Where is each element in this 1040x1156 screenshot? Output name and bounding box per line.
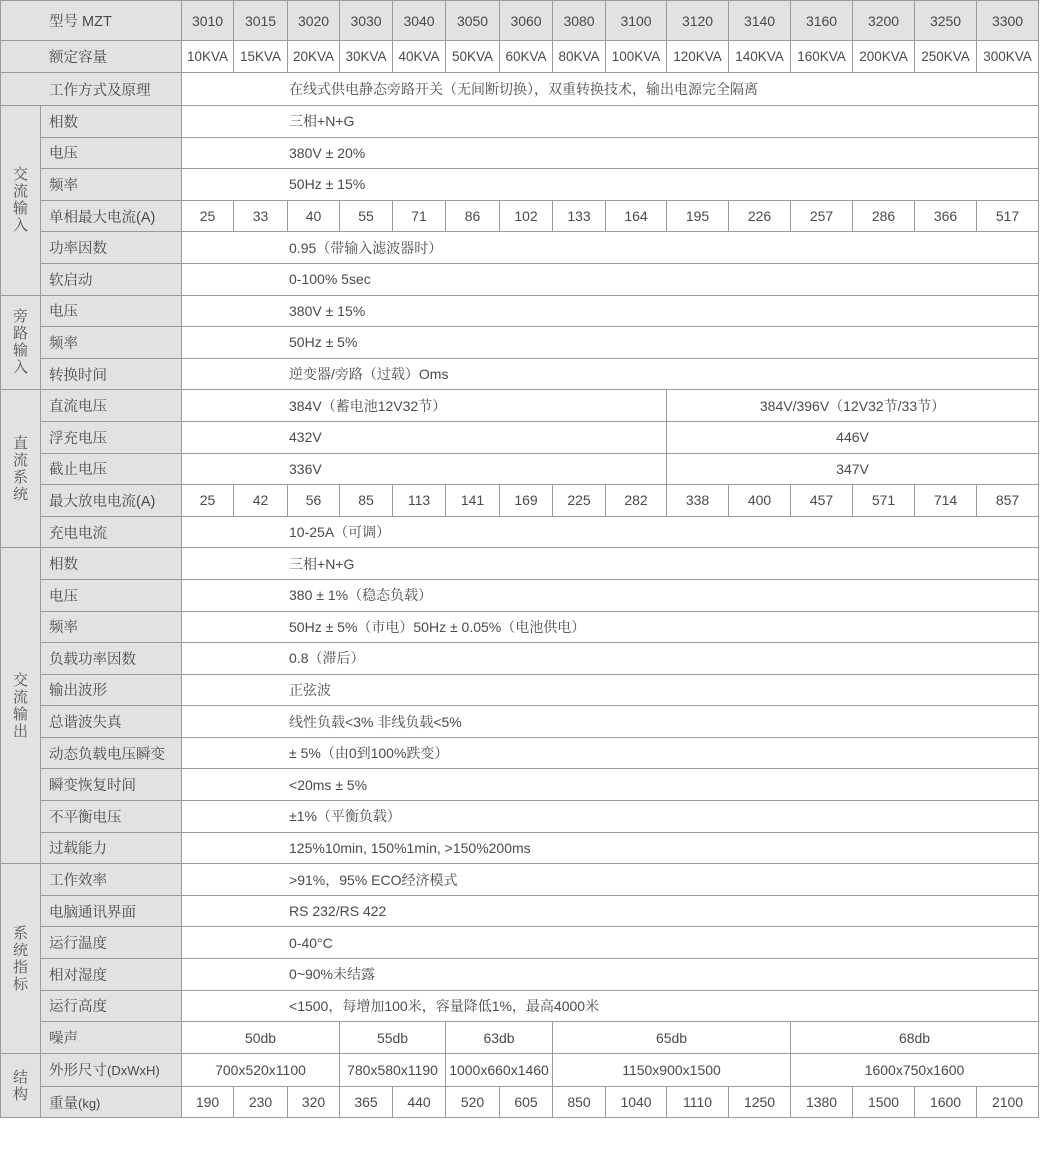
discharge-cell: 400: [729, 485, 791, 517]
capacity-cell: 15KVA: [234, 41, 288, 73]
row-value: 三相+N+G: [182, 548, 1039, 580]
ac-output-row: 电压 380 ± 1%（稳态负载）: [1, 579, 1039, 611]
dimensions-row: 结构 外形尺寸(DxWxH) 700x520x1100 780x580x1190…: [1, 1053, 1039, 1086]
row-label: 相数: [41, 548, 182, 580]
row-value: 0.95（带输入滤波器时）: [182, 232, 1039, 264]
discharge-cell: 338: [667, 485, 729, 517]
dimension-cell: 1000x660x1460: [446, 1053, 553, 1086]
model-header-row: 型号 MZT 3010 3015 3020 3030 3040 3050 306…: [1, 1, 1039, 41]
group-system: 系统指标: [1, 864, 41, 1054]
row-value-low: 336V: [182, 453, 667, 485]
row-label: 动态负载电压瞬变: [41, 737, 182, 769]
capacity-cell: 200KVA: [853, 41, 915, 73]
dimension-cell: 700x520x1100: [182, 1053, 340, 1086]
row-label: 转换时间: [41, 358, 182, 390]
current-cell: 286: [853, 200, 915, 232]
dimension-cell: 1150x900x1500: [553, 1053, 791, 1086]
model-cell: 3300: [977, 1, 1039, 41]
row-label: 输出波形: [41, 674, 182, 706]
group-bypass-input: 旁路输入: [1, 295, 41, 390]
model-cell: 3120: [667, 1, 729, 41]
ac-input-phase-row: 交流输入 相数 三相+N+G: [1, 106, 1039, 138]
weight-row: 重量(kg) 190 230 320 365 440 520 605 850 1…: [1, 1086, 1039, 1118]
group-ac-output: 交流输出: [1, 548, 41, 864]
discharge-cell: 225: [553, 485, 606, 517]
weight-cell: 1380: [791, 1086, 853, 1118]
weight-cell: 1500: [853, 1086, 915, 1118]
row-value: <1500，每增加100米，容量降低1%，最高4000米: [182, 990, 1039, 1022]
discharge-cell: 56: [288, 485, 340, 517]
model-cell: 3050: [446, 1, 500, 41]
row-label: 相数: [41, 106, 182, 138]
bypass-frequency-row: 频率 50Hz ± 5%: [1, 327, 1039, 359]
discharge-cell: 85: [340, 485, 393, 517]
max-discharge-row: 最大放电电流(A) 25 42 56 85 113 141 169 225 28…: [1, 485, 1039, 517]
row-label: 外形尺寸(DxWxH): [41, 1053, 182, 1086]
discharge-cell: 857: [977, 485, 1039, 517]
row-value-high: 347V: [667, 453, 1039, 485]
current-cell: 33: [234, 200, 288, 232]
capacity-cell: 10KVA: [182, 41, 234, 73]
noise-cell: 55db: [340, 1022, 446, 1054]
row-value: <20ms ± 5%: [182, 769, 1039, 801]
row-label: 频率: [41, 169, 182, 201]
row-value: 380V ± 15%: [182, 295, 1039, 327]
system-row: 运行高度 <1500，每增加100米，容量降低1%，最高4000米: [1, 990, 1039, 1022]
row-value: ±1%（平衡负载）: [182, 801, 1039, 833]
ups-spec-table: 型号 MZT 3010 3015 3020 3030 3040 3050 306…: [0, 0, 1039, 1118]
row-label: 截止电压: [41, 453, 182, 485]
row-value: 50Hz ± 5%: [182, 327, 1039, 359]
row-label: 运行高度: [41, 990, 182, 1022]
capacity-cell: 160KVA: [791, 41, 853, 73]
ac-output-row: 交流输出 相数 三相+N+G: [1, 548, 1039, 580]
weight-cell: 1040: [606, 1086, 667, 1118]
group-structure: 结构: [1, 1053, 41, 1118]
ac-input-max-current-row: 单相最大电流(A) 25 33 40 55 71 86 102 133 164 …: [1, 200, 1039, 232]
model-cell: 3010: [182, 1, 234, 41]
model-cell: 3200: [853, 1, 915, 41]
weight-cell: 520: [446, 1086, 500, 1118]
current-cell: 40: [288, 200, 340, 232]
row-value: 125%10min, 150%1min, >150%200ms: [182, 832, 1039, 864]
group-dc-system: 直流系统: [1, 390, 41, 548]
charge-current-row: 充电电流 10-25A（可调）: [1, 516, 1039, 548]
noise-cell: 68db: [791, 1022, 1039, 1054]
current-cell: 366: [915, 200, 977, 232]
system-row: 运行温度 0-40°C: [1, 927, 1039, 959]
row-value: 正弦波: [182, 674, 1039, 706]
noise-cell: 63db: [446, 1022, 553, 1054]
current-cell: 164: [606, 200, 667, 232]
model-cell: 3250: [915, 1, 977, 41]
current-cell: 517: [977, 200, 1039, 232]
model-cell: 3030: [340, 1, 393, 41]
discharge-cell: 25: [182, 485, 234, 517]
weight-cell: 1110: [667, 1086, 729, 1118]
row-label: 负载功率因数: [41, 643, 182, 675]
system-row: 电脑通讯界面 RS 232/RS 422: [1, 895, 1039, 927]
dimension-cell: 1600x750x1600: [791, 1053, 1039, 1086]
row-label: 过载能力: [41, 832, 182, 864]
capacity-cell: 20KVA: [288, 41, 340, 73]
noise-cell: 50db: [182, 1022, 340, 1054]
row-label: 重量(kg): [41, 1086, 182, 1118]
current-cell: 195: [667, 200, 729, 232]
row-label: 最大放电电流(A): [41, 485, 182, 517]
weight-cell: 440: [393, 1086, 446, 1118]
weight-cell: 320: [288, 1086, 340, 1118]
capacity-cell: 40KVA: [393, 41, 446, 73]
ac-output-row: 频率 50Hz ± 5%（市电）50Hz ± 0.05%（电池供电）: [1, 611, 1039, 643]
row-value: 0.8（滞后）: [182, 643, 1039, 675]
principle-row: 工作方式及原理 在线式供电静态旁路开关（无间断切换），双重转换技术，输出电源完全…: [1, 73, 1039, 106]
row-label: 浮充电压: [41, 421, 182, 453]
model-cell: 3015: [234, 1, 288, 41]
row-value: 10-25A（可调）: [182, 516, 1039, 548]
discharge-cell: 457: [791, 485, 853, 517]
principle-label: 工作方式及原理: [1, 73, 182, 106]
row-value-high: 446V: [667, 421, 1039, 453]
discharge-cell: 141: [446, 485, 500, 517]
model-cell: 3060: [500, 1, 553, 41]
weight-cell: 190: [182, 1086, 234, 1118]
current-cell: 226: [729, 200, 791, 232]
row-value: 380V ± 20%: [182, 137, 1039, 169]
row-value: 0-40°C: [182, 927, 1039, 959]
capacity-cell: 140KVA: [729, 41, 791, 73]
ac-output-row: 不平衡电压 ±1%（平衡负载）: [1, 801, 1039, 833]
model-label: 型号 MZT: [1, 1, 182, 41]
ac-input-power-factor-row: 功率因数 0.95（带输入滤波器时）: [1, 232, 1039, 264]
capacity-row: 额定容量 10KVA 15KVA 20KVA 30KVA 40KVA 50KVA…: [1, 41, 1039, 73]
model-cell: 3080: [553, 1, 606, 41]
cutoff-voltage-row: 截止电压 336V 347V: [1, 453, 1039, 485]
current-cell: 133: [553, 200, 606, 232]
weight-cell: 365: [340, 1086, 393, 1118]
row-label: 工作效率: [41, 864, 182, 896]
current-cell: 102: [500, 200, 553, 232]
row-value: 50Hz ± 5%（市电）50Hz ± 0.05%（电池供电）: [182, 611, 1039, 643]
ac-output-row: 总谐波失真 线性负载<3% 非线负载<5%: [1, 706, 1039, 738]
capacity-cell: 300KVA: [977, 41, 1039, 73]
row-label: 电压: [41, 137, 182, 169]
row-value: 380 ± 1%（稳态负载）: [182, 579, 1039, 611]
row-label: 单相最大电流(A): [41, 200, 182, 232]
model-cell: 3140: [729, 1, 791, 41]
ac-output-row: 负载功率因数 0.8（滞后）: [1, 643, 1039, 675]
row-value: 50Hz ± 15%: [182, 169, 1039, 201]
noise-row: 噪声 50db 55db 63db 65db 68db: [1, 1022, 1039, 1054]
ac-input-soft-start-row: 软启动 0-100% 5sec: [1, 263, 1039, 295]
system-row: 系统指标 工作效率 >91%，95% ECO经济模式: [1, 864, 1039, 896]
row-value: 逆变器/旁路（过载）Oms: [182, 358, 1039, 390]
model-cell: 3100: [606, 1, 667, 41]
discharge-cell: 571: [853, 485, 915, 517]
row-value-high: 384V/396V（12V32节/33节）: [667, 390, 1039, 422]
row-value-low: 384V（蓄电池12V32节）: [182, 390, 667, 422]
ac-input-frequency-row: 频率 50Hz ± 15%: [1, 169, 1039, 201]
weight-cell: 850: [553, 1086, 606, 1118]
principle-value: 在线式供电静态旁路开关（无间断切换），双重转换技术，输出电源完全隔离: [182, 73, 1039, 106]
ac-output-row: 输出波形 正弦波: [1, 674, 1039, 706]
current-cell: 25: [182, 200, 234, 232]
row-value: 线性负载<3% 非线负载<5%: [182, 706, 1039, 738]
row-label: 频率: [41, 327, 182, 359]
discharge-cell: 282: [606, 485, 667, 517]
capacity-cell: 30KVA: [340, 41, 393, 73]
model-cell: 3040: [393, 1, 446, 41]
row-label: 电压: [41, 579, 182, 611]
ac-output-row: 过载能力 125%10min, 150%1min, >150%200ms: [1, 832, 1039, 864]
row-value-low: 432V: [182, 421, 667, 453]
current-cell: 55: [340, 200, 393, 232]
current-cell: 86: [446, 200, 500, 232]
row-label: 充电电流: [41, 516, 182, 548]
row-value: RS 232/RS 422: [182, 895, 1039, 927]
noise-cell: 65db: [553, 1022, 791, 1054]
row-label: 噪声: [41, 1022, 182, 1054]
row-value: 三相+N+G: [182, 106, 1039, 138]
system-row: 相对湿度 0~90%未结露: [1, 959, 1039, 991]
model-cell: 3020: [288, 1, 340, 41]
capacity-cell: 50KVA: [446, 41, 500, 73]
current-cell: 257: [791, 200, 853, 232]
dimension-cell: 780x580x1190: [340, 1053, 446, 1086]
row-label: 相对湿度: [41, 959, 182, 991]
row-value: >91%，95% ECO经济模式: [182, 864, 1039, 896]
discharge-cell: 42: [234, 485, 288, 517]
capacity-cell: 80KVA: [553, 41, 606, 73]
capacity-cell: 120KVA: [667, 41, 729, 73]
row-label: 瞬变恢复时间: [41, 769, 182, 801]
model-cell: 3160: [791, 1, 853, 41]
dc-voltage-row: 直流系统 直流电压 384V（蓄电池12V32节） 384V/396V（12V3…: [1, 390, 1039, 422]
row-label: 直流电压: [41, 390, 182, 422]
capacity-cell: 100KVA: [606, 41, 667, 73]
bypass-transfer-row: 转换时间 逆变器/旁路（过载）Oms: [1, 358, 1039, 390]
weight-cell: 230: [234, 1086, 288, 1118]
ac-output-row: 瞬变恢复时间 <20ms ± 5%: [1, 769, 1039, 801]
row-value: 0~90%未结露: [182, 959, 1039, 991]
ac-input-voltage-row: 电压 380V ± 20%: [1, 137, 1039, 169]
discharge-cell: 169: [500, 485, 553, 517]
capacity-cell: 250KVA: [915, 41, 977, 73]
weight-cell: 1600: [915, 1086, 977, 1118]
ac-output-row: 动态负载电压瞬变 ± 5%（由0到100%跌变）: [1, 737, 1039, 769]
weight-cell: 2100: [977, 1086, 1039, 1118]
capacity-label: 额定容量: [1, 41, 182, 73]
float-voltage-row: 浮充电压 432V 446V: [1, 421, 1039, 453]
row-label: 总谐波失真: [41, 706, 182, 738]
row-label: 运行温度: [41, 927, 182, 959]
current-cell: 71: [393, 200, 446, 232]
weight-cell: 1250: [729, 1086, 791, 1118]
row-label: 功率因数: [41, 232, 182, 264]
capacity-cell: 60KVA: [500, 41, 553, 73]
row-label: 电脑通讯界面: [41, 895, 182, 927]
bypass-voltage-row: 旁路输入 电压 380V ± 15%: [1, 295, 1039, 327]
discharge-cell: 714: [915, 485, 977, 517]
row-value: 0-100% 5sec: [182, 263, 1039, 295]
group-ac-input: 交流输入: [1, 106, 41, 296]
row-label: 软启动: [41, 263, 182, 295]
row-label: 不平衡电压: [41, 801, 182, 833]
weight-cell: 605: [500, 1086, 553, 1118]
row-label: 电压: [41, 295, 182, 327]
row-value: ± 5%（由0到100%跌变）: [182, 737, 1039, 769]
discharge-cell: 113: [393, 485, 446, 517]
row-label: 频率: [41, 611, 182, 643]
